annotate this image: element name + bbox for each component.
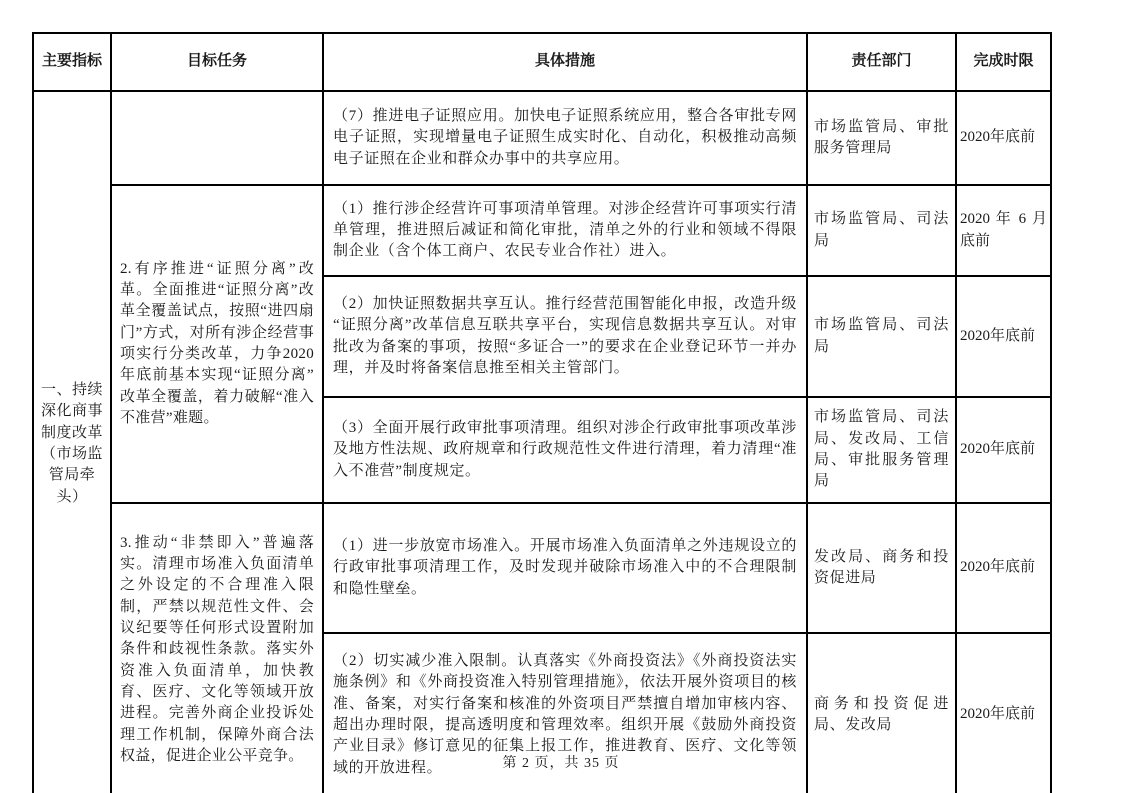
table-row: 一、持续深化商事制度改革（市场监管局牵头） （7）推进电子证照应用。加快电子证照… xyxy=(33,91,1051,185)
measure-cell: （1）推行涉企经营许可事项清单管理。对涉企经营许可事项实行清单管理，推进照后减证… xyxy=(323,185,807,276)
deadline-cell: 2020 年 6 月底前 xyxy=(956,185,1051,276)
header-deadline: 完成时限 xyxy=(956,33,1051,91)
header-row: 主要指标 目标任务 具体措施 责任部门 完成时限 xyxy=(33,33,1051,91)
department-cell: 市场监管局、司法局 xyxy=(807,185,956,276)
department-cell: 发改局、商务和投资促进局 xyxy=(807,503,956,633)
deadline-cell: 2020年底前 xyxy=(956,91,1051,185)
header-department: 责任部门 xyxy=(807,33,956,91)
task-cell-3: 3.推动“非禁即入”普遍落实。清理市场准入负面清单之外设定的不合理准入限制，严禁… xyxy=(111,503,323,793)
task-cell-2: 2.有序推进“证照分离”改革。全面推进“证照分离”改革全覆盖试点，按照“进四扇门… xyxy=(111,185,323,503)
task-cell-empty xyxy=(111,91,323,185)
department-cell: 市场监管局、司法局 xyxy=(807,276,956,397)
table-row: 2.有序推进“证照分离”改革。全面推进“证照分离”改革全覆盖试点，按照“进四扇门… xyxy=(33,185,1051,276)
measure-cell: （1）进一步放宽市场准入。开展市场准入负面清单之外违规设立的行政审批事项清理工作… xyxy=(323,503,807,633)
header-measure: 具体措施 xyxy=(323,33,807,91)
measure-cell: （3）全面开展行政审批事项清理。组织对涉企行政审批事项改革涉及地方性法规、政府规… xyxy=(323,397,807,503)
deadline-cell: 2020年底前 xyxy=(956,397,1051,503)
deadline-cell: 2020年底前 xyxy=(956,503,1051,633)
indicator-cell: 一、持续深化商事制度改革（市场监管局牵头） xyxy=(33,91,111,793)
measure-cell: （2）加快证照数据共享互认。推行经营范围智能化申报，改造升级“证照分离”改革信息… xyxy=(323,276,807,397)
header-task: 目标任务 xyxy=(111,33,323,91)
header-indicator: 主要指标 xyxy=(33,33,111,91)
work-plan-table: 主要指标 目标任务 具体措施 责任部门 完成时限 一、持续深化商事制度改革（市场… xyxy=(32,32,1052,793)
department-cell: 市场监管局、审批服务管理局 xyxy=(807,91,956,185)
deadline-cell: 2020年底前 xyxy=(956,276,1051,397)
table-row: 3.推动“非禁即入”普遍落实。清理市场准入负面清单之外设定的不合理准入限制，严禁… xyxy=(33,503,1051,633)
measure-cell: （7）推进电子证照应用。加快电子证照系统应用，整合各审批专网电子证照，实现增量电… xyxy=(323,91,807,185)
document-page: 主要指标 目标任务 具体措施 责任部门 完成时限 一、持续深化商事制度改革（市场… xyxy=(0,0,1122,793)
department-cell: 市场监管局、司法局、发改局、工信局、审批服务管理局 xyxy=(807,397,956,503)
page-number: 第 2 页，共 35 页 xyxy=(0,752,1122,772)
